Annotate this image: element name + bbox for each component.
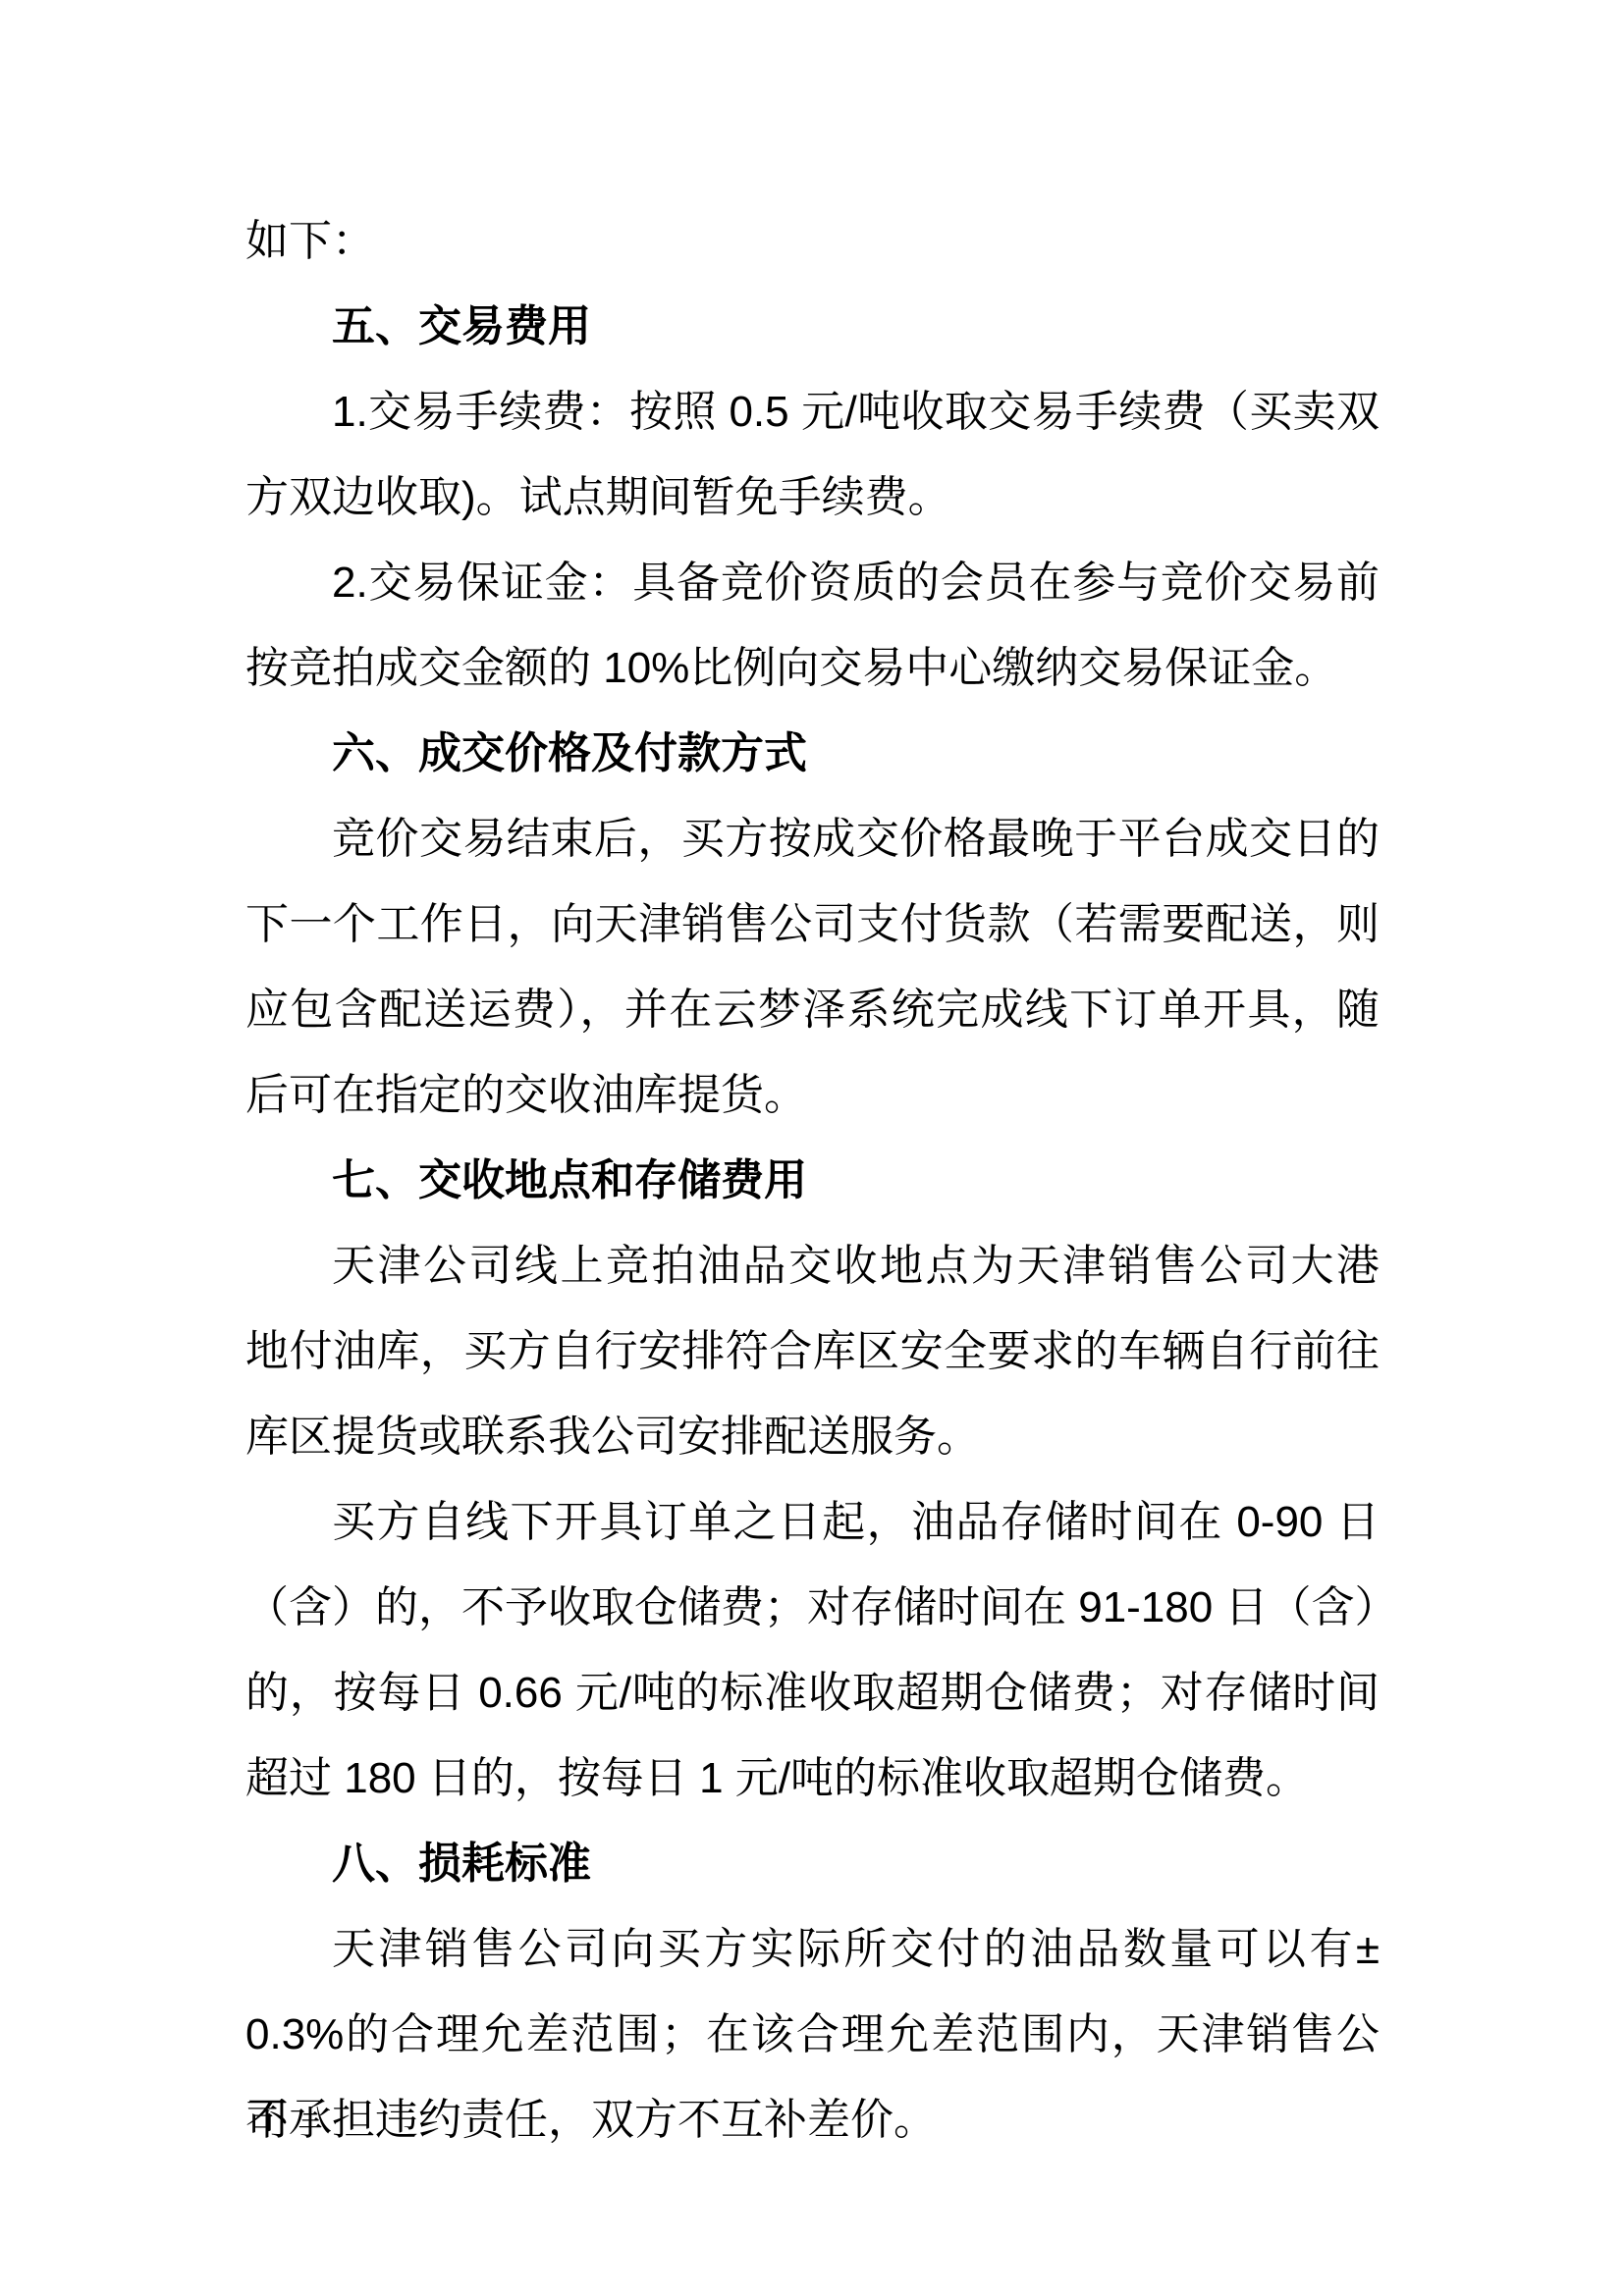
para-payment-line-1: 竞价交易结束后，买方按成交价格最晚于平台成交日的	[245, 796, 1380, 881]
para-transaction-fee-line-1: 1.交易手续费：按照 0.5 元/吨收取交易手续费（买卖双	[245, 369, 1380, 454]
para-storage-fee-line-2: （含）的，不予收取仓储费；对存储时间在 91-180 日（含）	[245, 1565, 1380, 1650]
para-storage-fee-line-4: 超过 180 日的，按每日 1 元/吨的标准收取超期仓储费。	[245, 1735, 1380, 1821]
para-deposit-line-2: 按竞拍成交金额的 10%比例向交易中心缴纳交易保证金。	[245, 625, 1380, 711]
para-storage-fee-line-1: 买方自线下开具订单之日起，油品存储时间在 0-90 日	[245, 1479, 1380, 1565]
para-storage-fee-line-3: 的，按每日 0.66 元/吨的标准收取超期仓储费；对存储时间	[245, 1650, 1380, 1735]
document-text-block: 如下： 五、交易费用 1.交易手续费：按照 0.5 元/吨收取交易手续费（买卖双…	[245, 198, 1380, 2163]
intro-line: 如下：	[245, 198, 1380, 284]
para-loss-line-1: 天津销售公司向买方实际所交付的油品数量可以有±	[245, 1906, 1380, 1992]
para-delivery-line-2: 地付油库，买方自行安排符合库区安全要求的车辆自行前往	[245, 1308, 1380, 1394]
para-payment-line-3: 应包含配送运费），并在云梦泽系统完成线下订单开具，随	[245, 967, 1380, 1052]
heading-section-five-trading-fees: 五、交易费用	[245, 284, 1380, 369]
document-page: 如下： 五、交易费用 1.交易手续费：按照 0.5 元/吨收取交易手续费（买卖双…	[0, 0, 1624, 2296]
para-transaction-fee-line-2: 方双边收取)。试点期间暂免手续费。	[245, 454, 1380, 540]
para-loss-line-3: 不承担违约责任，双方不互补差价。	[245, 2077, 1380, 2163]
para-loss-line-2: 0.3%的合理允差范围；在该合理允差范围内，天津销售公司	[245, 1992, 1380, 2077]
para-payment-line-4: 后可在指定的交收油库提货。	[245, 1052, 1380, 1138]
para-delivery-line-1: 天津公司线上竞拍油品交收地点为天津销售公司大港	[245, 1223, 1380, 1308]
para-deposit-line-1: 2.交易保证金：具备竞价资质的会员在参与竞价交易前	[245, 540, 1380, 625]
heading-section-seven-delivery-storage: 七、交收地点和存储费用	[245, 1138, 1380, 1223]
heading-section-six-price-payment: 六、成交价格及付款方式	[245, 711, 1380, 796]
para-delivery-line-3: 库区提货或联系我公司安排配送服务。	[245, 1394, 1380, 1479]
heading-section-eight-loss-standard: 八、损耗标准	[245, 1821, 1380, 1906]
para-payment-line-2: 下一个工作日，向天津销售公司支付货款（若需要配送，则	[245, 881, 1380, 967]
